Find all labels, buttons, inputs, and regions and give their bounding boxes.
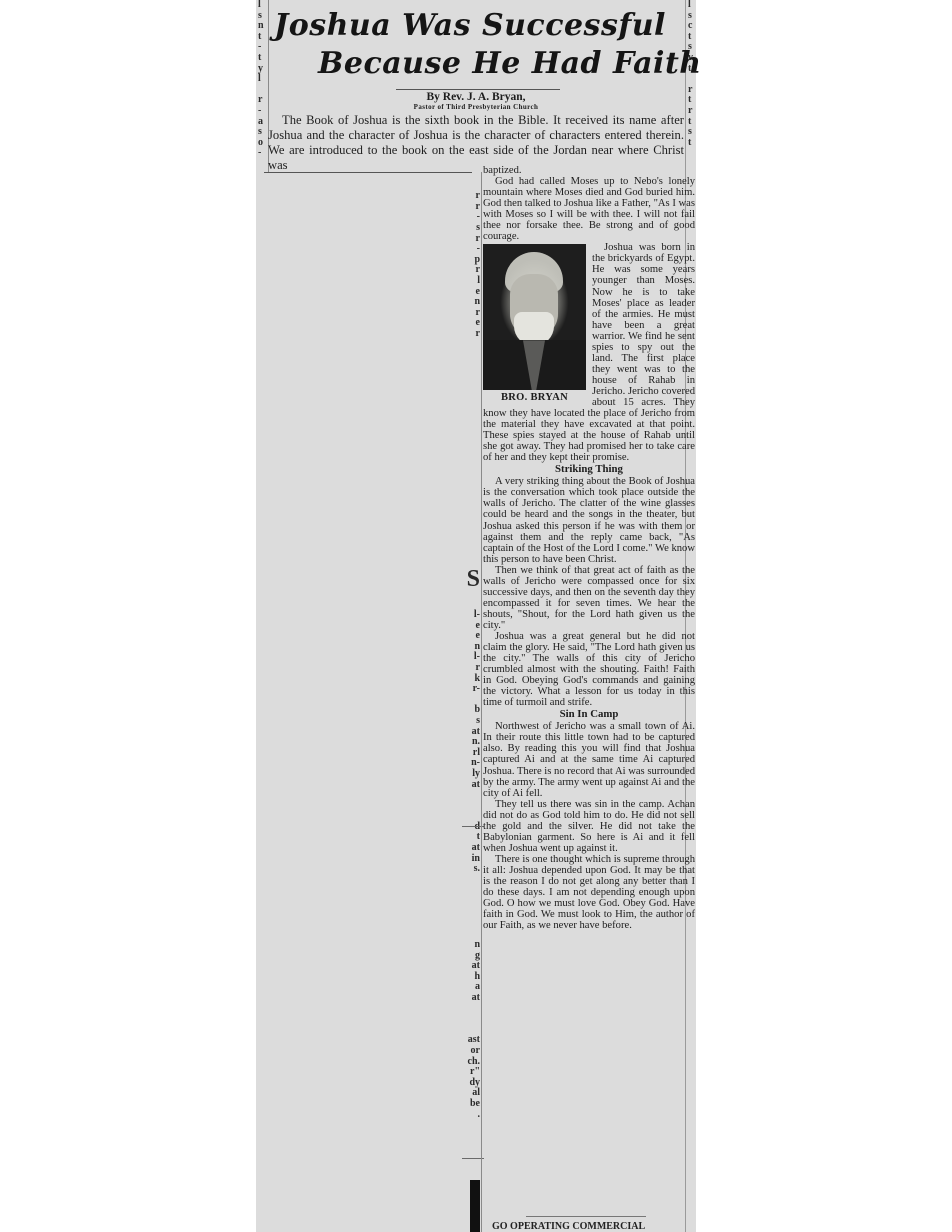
adjacent-column-fragment-middle: l- e e n l- r k r- b s at n. rl n- ly at… xyxy=(464,610,480,875)
headline-line-1: Joshua Was Successful xyxy=(274,8,666,44)
author-photo-block: BRO. BRYAN xyxy=(483,244,586,404)
adjacent-column-fragment-lower: n g at h a at ast or ch. r" dy al be . xyxy=(464,940,480,1120)
paragraph: Then we think of that great act of faith… xyxy=(483,565,695,631)
column-divider-rule xyxy=(481,172,482,1232)
paragraph: There is one thought which is supreme th… xyxy=(483,854,695,931)
paragraph: They tell us there was sin in the camp. … xyxy=(483,799,695,854)
subhead-sin-in-camp: Sin In Camp xyxy=(483,709,695,720)
continuation-text: baptized. xyxy=(483,165,695,176)
adjacent-column-fragment-upper: r r - s r - p r l e n r e r xyxy=(464,170,480,340)
lead-bottom-rule xyxy=(264,172,472,173)
paragraph: Joshua was a great general but he did no… xyxy=(483,631,695,708)
end-rule xyxy=(526,1216,646,1217)
byline: By Rev. J. A. Bryan, xyxy=(256,91,696,103)
paragraph: Northwest of Jericho was a small town of… xyxy=(483,721,695,798)
headline-line-2: Because He Had Faith xyxy=(318,46,702,82)
photo-caption: BRO. BRYAN xyxy=(483,391,586,404)
lead-paragraph-text: The Book of Joshua is the sixth book in … xyxy=(268,113,684,173)
next-article-clipped-headline: GO OPERATING COMMERCIAL xyxy=(492,1222,692,1232)
paragraph: God had called Moses up to Nebo's lonely… xyxy=(483,176,695,242)
subhead-striking-thing: Striking Thing xyxy=(483,464,695,475)
newspaper-clipping: l s n t - t y l r - a s o - l s c t s v … xyxy=(256,0,696,1232)
adjacent-column-fragment-s: S xyxy=(464,566,480,592)
left-column-fragment: l s n t - t y l r - a s o - xyxy=(258,0,268,159)
paragraph: A very striking thing about the Book of … xyxy=(483,476,695,564)
lead-paragraph: The Book of Joshua is the sixth book in … xyxy=(268,113,684,173)
article-column: baptized. God had called Moses up to Neb… xyxy=(483,165,695,931)
byline-rule xyxy=(396,89,560,90)
author-title: Pastor of Third Presbyterian Church xyxy=(256,103,696,111)
adjacent-column-dark-block xyxy=(470,1180,480,1232)
author-photo xyxy=(483,244,586,390)
